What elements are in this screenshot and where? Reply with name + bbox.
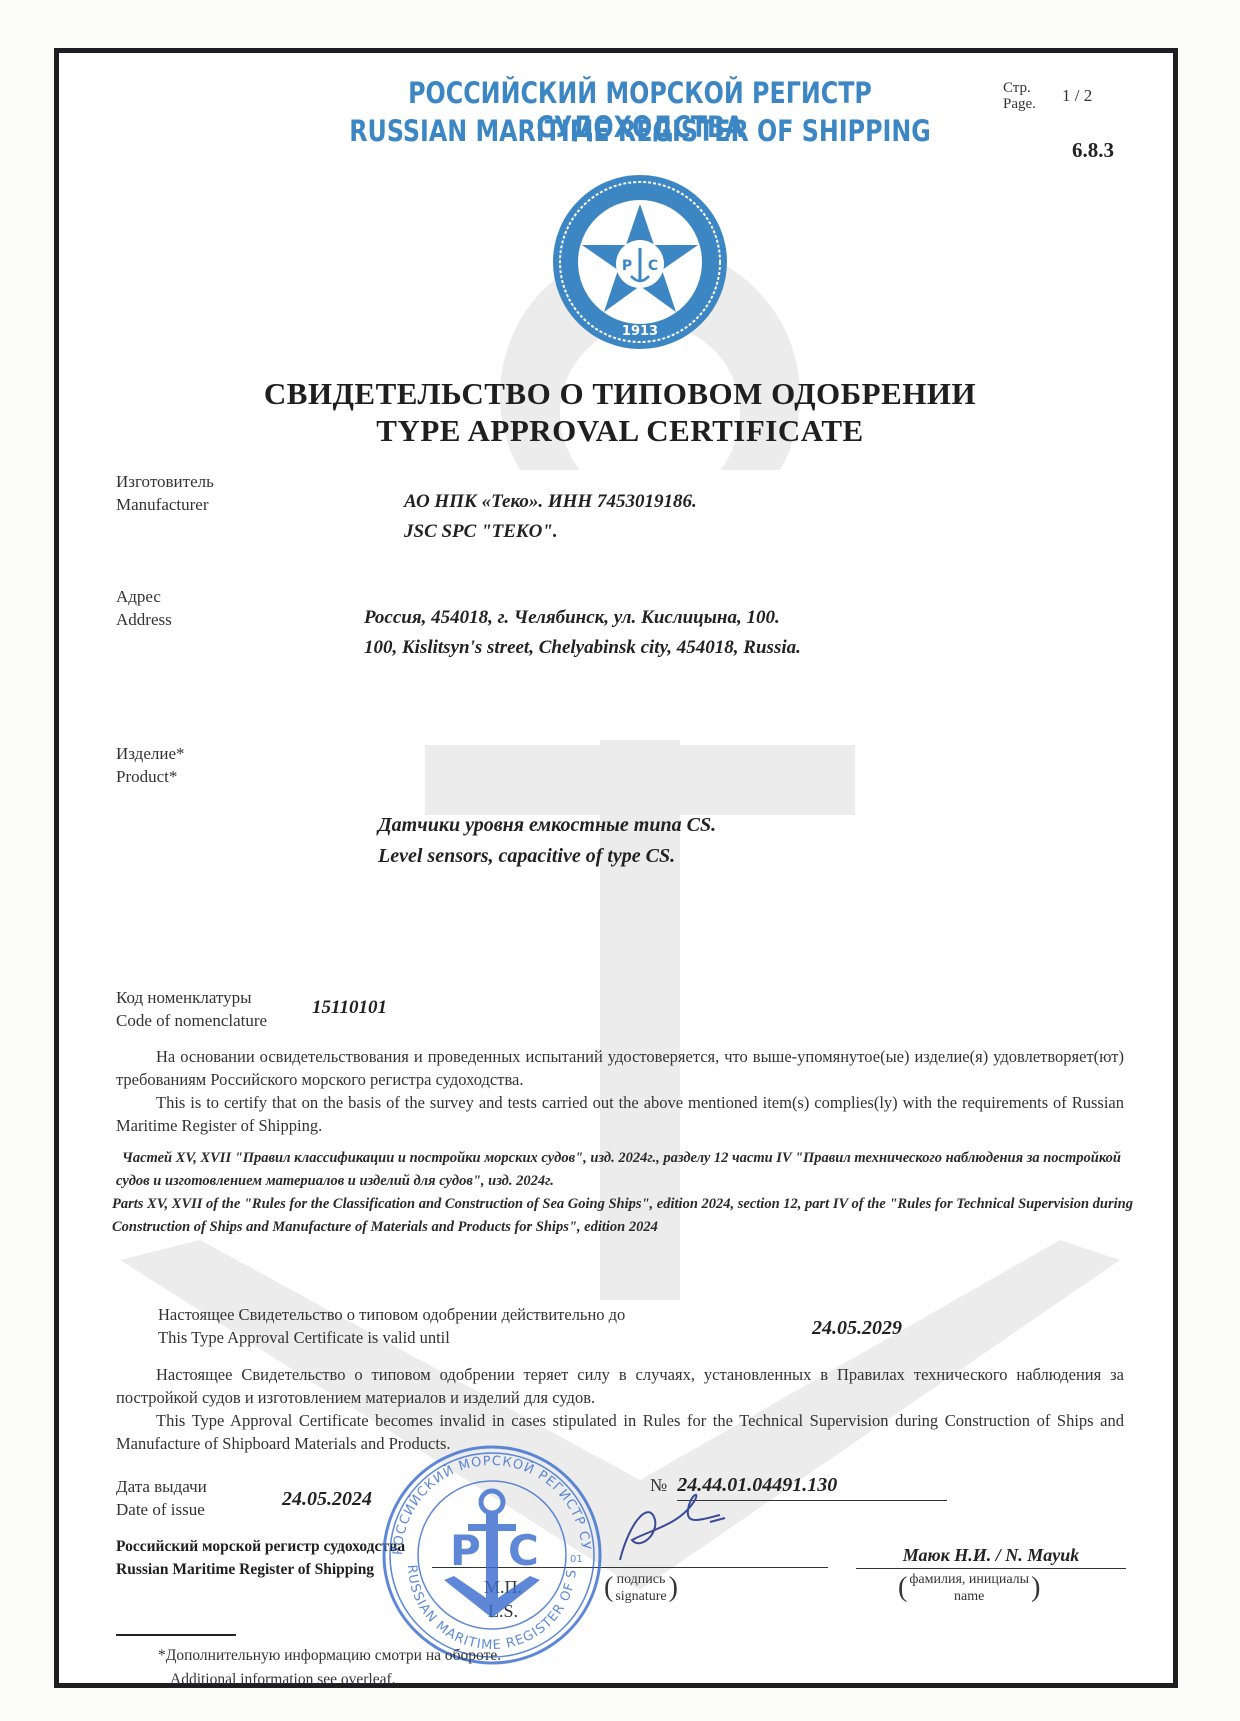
- footnote: *Дополнительную информацию смотри на обо…: [158, 1644, 501, 1692]
- paren-right: ): [1031, 1568, 1040, 1608]
- nomenclature-label-en: Code of nomenclature: [116, 1009, 267, 1032]
- paren-left: (: [898, 1568, 907, 1608]
- product-value: Датчики уровня емкостные типа CS. Level …: [378, 810, 716, 872]
- page-label-en: Page.: [1003, 96, 1036, 112]
- issue-date: 24.05.2024: [282, 1484, 372, 1514]
- address-label: Адрес Address: [116, 585, 172, 631]
- form-code: 6.8.3: [1072, 138, 1114, 163]
- validity-label-en: This Type Approval Certificate is valid …: [158, 1326, 625, 1349]
- signing-org-ru: Российский морской регистр судоходства: [116, 1535, 405, 1558]
- address-value-en: 100, Kislitsyn's street, Chelyabinsk cit…: [364, 633, 801, 663]
- invalidation-text-en: This Type Approval Certificate becomes i…: [116, 1409, 1124, 1455]
- name-label-en: name: [909, 1588, 1029, 1605]
- invalidation-text-ru: Настоящее Свидетельство о типовом одобре…: [116, 1363, 1124, 1409]
- signer-name: Маюк Н.И. / N. Mayuk: [856, 1542, 1126, 1569]
- manufacturer-label-en: Manufacturer: [116, 493, 214, 516]
- footnote-separator: [116, 1634, 236, 1636]
- validity-label: Настоящее Свидетельство о типовом одобре…: [158, 1303, 625, 1349]
- signature-label-ru: подпись: [615, 1571, 666, 1588]
- certification-text-ru: На основании освидетельствования и прове…: [116, 1045, 1124, 1091]
- issue-date-label: Дата выдачи Date of issue: [116, 1475, 207, 1521]
- rules-reference-en: Parts XV, XVII of the "Rules for the Cla…: [112, 1193, 1152, 1239]
- paren-right: ): [669, 1568, 678, 1608]
- product-label-ru: Изделие*: [116, 742, 185, 765]
- issue-date-label-ru: Дата выдачи: [116, 1475, 207, 1498]
- signer-name-value: Маюк Н.И. / N. Mayuk: [903, 1545, 1080, 1565]
- org-name-en: RUSSIAN MARITIME REGISTER OF SHIPPING: [312, 114, 968, 148]
- footnote-ru: *Дополнительную информацию смотри на обо…: [158, 1644, 501, 1668]
- page-label: Стр. Page.: [1003, 80, 1036, 112]
- signature-caption: ( подпись signature ): [604, 1568, 678, 1608]
- handwritten-signature-icon: [610, 1480, 730, 1570]
- page-number: 1 / 2: [1062, 86, 1092, 106]
- svg-text:01: 01: [570, 1554, 583, 1565]
- rules-reference-ru: Частей XV, XVII "Правил классификации и …: [116, 1147, 1146, 1193]
- signature-label-en: signature: [615, 1588, 666, 1605]
- nomenclature-label-ru: Код номенклатуры: [116, 986, 267, 1009]
- issue-date-label-en: Date of issue: [116, 1498, 207, 1521]
- signing-org-en: Russian Maritime Register of Shipping: [116, 1558, 405, 1581]
- certificate-title-ru: СВИДЕТЕЛЬСТВО О ТИПОВОМ ОДОБРЕНИИ: [170, 376, 1070, 412]
- manufacturer-label: Изготовитель Manufacturer: [116, 470, 214, 516]
- register-logo-icon: Р С 1913: [547, 172, 733, 352]
- address-value: Россия, 454018, г. Челябинск, ул. Кислиц…: [364, 603, 801, 663]
- address-label-en: Address: [116, 608, 172, 631]
- signing-organization: Российский морской регистр судоходства R…: [116, 1535, 405, 1581]
- nomenclature-code: 15110101: [312, 993, 387, 1023]
- product-label: Изделие* Product*: [116, 742, 185, 788]
- product-value-en: Level sensors, capacitive of type CS.: [378, 841, 716, 872]
- validity-label-ru: Настоящее Свидетельство о типовом одобре…: [158, 1303, 625, 1326]
- address-value-ru: Россия, 454018, г. Челябинск, ул. Кислиц…: [364, 603, 801, 633]
- manufacturer-value-ru: АО НПК «Теко». ИНН 7453019186.: [404, 487, 697, 517]
- name-label-ru: фамилия, инициалы: [909, 1571, 1029, 1588]
- svg-text:Р: Р: [450, 1526, 481, 1575]
- name-caption: ( фамилия, инициалы name ): [898, 1568, 1040, 1608]
- manufacturer-value: АО НПК «Теко». ИНН 7453019186. JSC SPC "…: [404, 487, 697, 547]
- svg-text:С: С: [508, 1526, 539, 1575]
- official-stamp-icon: РОССИЙСКИЙ МОРСКОЙ РЕГИСТР СУДОХОДСТВА R…: [372, 1440, 612, 1670]
- valid-until-date: 24.05.2029: [812, 1313, 902, 1343]
- product-value-ru: Датчики уровня емкостные типа CS.: [378, 810, 716, 841]
- svg-text:1913: 1913: [622, 324, 658, 339]
- svg-text:С: С: [648, 258, 658, 274]
- certificate-title-en: TYPE APPROVAL CERTIFICATE: [170, 413, 1070, 449]
- nomenclature-label: Код номенклатуры Code of nomenclature: [116, 986, 267, 1032]
- certification-text-en: This is to certify that on the basis of …: [116, 1091, 1124, 1137]
- svg-text:Р: Р: [622, 258, 632, 274]
- footnote-en: Additional information see overleaf.: [158, 1668, 501, 1692]
- manufacturer-label-ru: Изготовитель: [116, 470, 214, 493]
- page-label-ru: Стр.: [1003, 80, 1036, 96]
- product-label-en: Product*: [116, 765, 185, 788]
- address-label-ru: Адрес: [116, 585, 172, 608]
- manufacturer-value-en: JSC SPC "TEKO".: [404, 517, 697, 547]
